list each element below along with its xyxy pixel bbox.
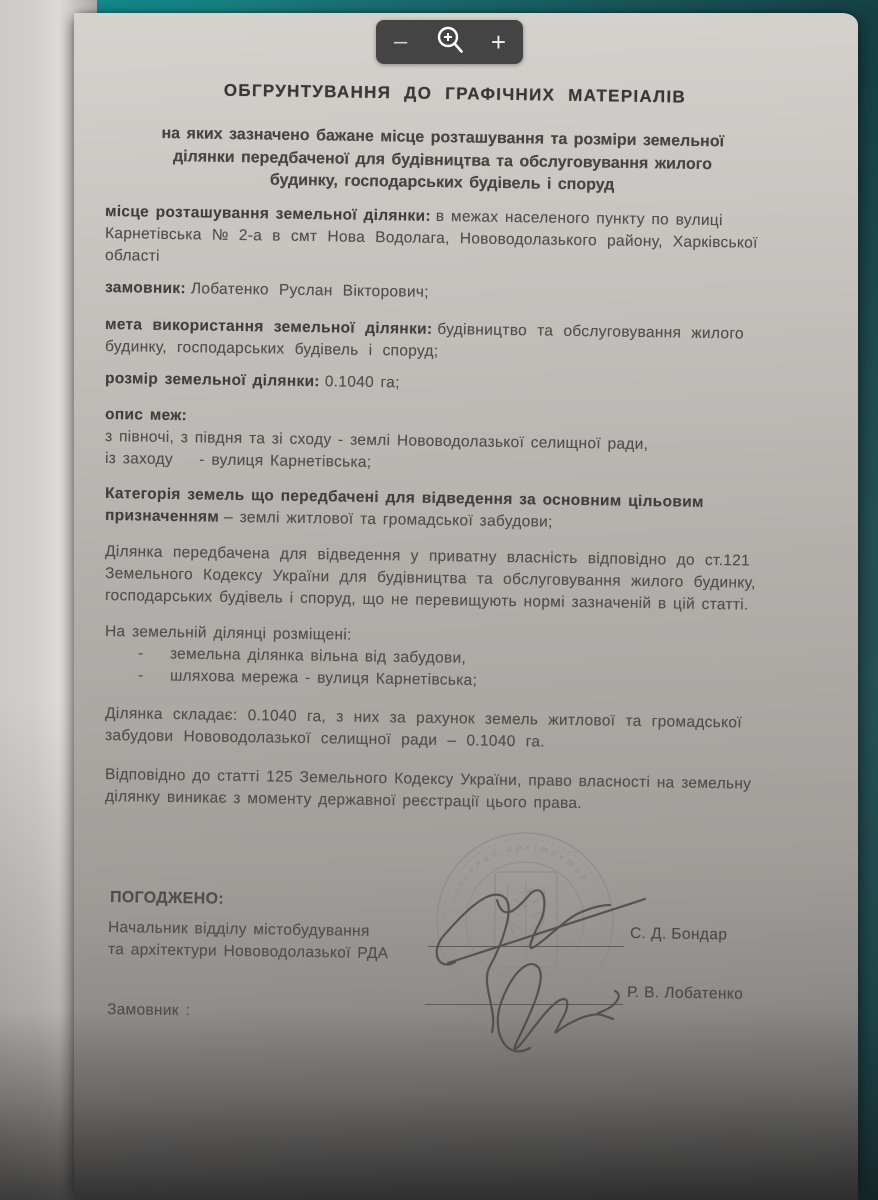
zoom-reset-button[interactable] (433, 22, 467, 62)
document-text: ОБГРУНТУВАННЯ ДО ГРАФІЧНИХ МАТЕРІАЛІВ на… (0, 0, 878, 1200)
doc-line: На земельній ділянці розміщені: (105, 623, 352, 645)
doc-line-text: області (105, 247, 160, 265)
magnifier-plus-icon (434, 24, 466, 61)
doc-line-lead: призначенням (105, 507, 219, 526)
doc-line: розмір земельної ділянки:0.1040 га; (105, 370, 400, 392)
doc-line-lead: замовник: (105, 279, 186, 297)
zoom-out-button[interactable]: – (384, 22, 418, 62)
doc-line-text: - земельна ділянка вільна від забудови, (138, 645, 466, 667)
doc-line-lead: опис меж: (105, 406, 187, 424)
doc-line: з півночі, з півдня та зі сходу - землі … (105, 428, 649, 454)
doc-line-text: в межах населеного пункту по вулиці (436, 208, 723, 229)
doc-line-text: забудови Нововодолазької селищної ради –… (105, 727, 545, 751)
doc-line-text: На земельній ділянці розміщені: (105, 623, 352, 644)
doc-line: ділянку виникає з моменту державної реєс… (105, 788, 582, 813)
doc-line-text: з півночі, з півдня та зі сходу - землі … (105, 428, 649, 453)
zoom-in-button[interactable]: + (482, 22, 516, 62)
customer-label: Замовник : (107, 1001, 190, 1020)
official-role: та архітектури Нововодолазької РДА (108, 941, 389, 963)
doc-line-text: – землі житлової та громадської забудови… (224, 509, 553, 531)
doc-line-lead: Категорія земель що передбачені для відв… (105, 485, 704, 511)
doc-line: опис меж: (105, 406, 192, 425)
doc-line-lead: розмір земельної ділянки: (105, 370, 320, 390)
doc-line-text: будівництво та обслуговування жилого (437, 321, 744, 343)
official-name: С. Д. Бондар (630, 925, 728, 944)
zoom-toolbar: – + (376, 20, 523, 64)
doc-line-text: ділянку виникає з моменту державної реєс… (105, 788, 582, 812)
document-title: ОБГРУНТУВАННЯ ДО ГРАФІЧНИХ МАТЕРІАЛІВ (110, 79, 800, 109)
doc-line-lead: місце розташування земельної ділянки: (105, 203, 431, 225)
doc-line: - шляхова мережа - вулиця Карнетівська; (138, 667, 477, 690)
photo-viewer: головний архітектор · · · · · · · · · · … (0, 0, 878, 1200)
doc-line: замовник:Лобатенко Руслан Вікторович; (105, 279, 429, 302)
doc-line-text: 0.1040 га; (325, 373, 400, 391)
customer-name: Р. В. Лобатенко (627, 984, 744, 1004)
doc-line-text: - шляхова мережа - вулиця Карнетівська; (138, 667, 477, 689)
doc-line: призначенням– землі житлової та громадсь… (105, 507, 553, 532)
doc-line-lead: мета використання земельної ділянки: (105, 316, 433, 338)
doc-line-text: будинку, господарських будівель і споруд… (105, 338, 439, 360)
doc-line: забудови Нововодолазької селищної ради –… (105, 727, 545, 752)
document-subtitle: на яких зазначено бажане місце розташува… (94, 122, 790, 200)
doc-line: із заходу - вулиця Карнетівська; (105, 450, 372, 472)
doc-line: області (105, 247, 160, 266)
doc-line: будинку, господарських будівель і споруд… (105, 338, 439, 361)
agreed-label: ПОГОДЖЕНО: (110, 889, 224, 909)
doc-line: - земельна ділянка вільна від забудови, (138, 645, 466, 668)
doc-line-text: Лобатенко Руслан Вікторович; (191, 280, 429, 301)
doc-line-text: із заходу - вулиця Карнетівська; (105, 450, 372, 471)
official-role: Начальник відділу містобудування (108, 919, 370, 941)
